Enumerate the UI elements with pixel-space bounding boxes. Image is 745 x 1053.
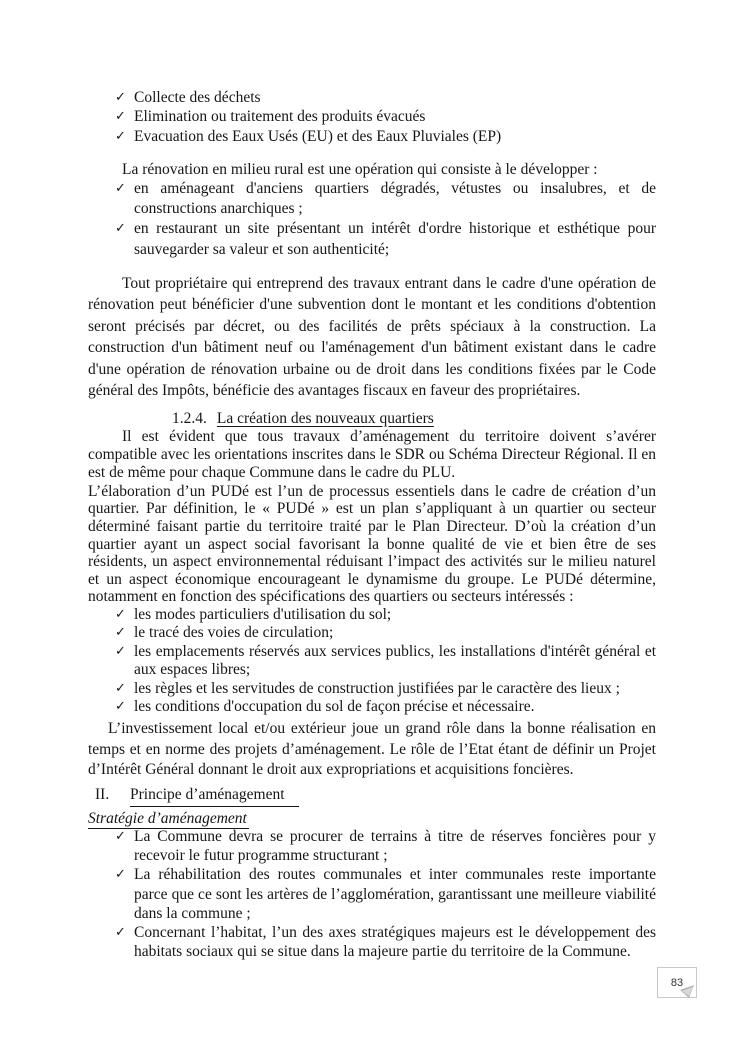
list-item-text: les règles et les servitudes de construc… xyxy=(134,680,656,699)
checklist-renovation: ✓ en aménageant d'anciens quartiers dégr… xyxy=(88,179,656,260)
check-icon: ✓ xyxy=(115,923,134,942)
paragraph-investissement: L’investissement local et/ou extérieur j… xyxy=(88,719,656,781)
check-icon: ✓ xyxy=(115,698,134,717)
check-icon: ✓ xyxy=(115,179,134,199)
list-item-text: Concernant l’habitat, l’un des axes stra… xyxy=(134,923,656,961)
list-item: ✓ Elimination ou traitement des produits… xyxy=(88,107,656,126)
check-icon: ✓ xyxy=(115,827,134,846)
paragraph-proprietaire: Tout propriétaire qui entreprend des tra… xyxy=(88,273,656,401)
list-item-text: en restaurant un site présentant un inté… xyxy=(134,219,656,260)
list-item-text: les emplacements réservés aux services p… xyxy=(134,643,656,680)
list-item: ✓ en restaurant un site présentant un in… xyxy=(88,219,656,260)
check-icon: ✓ xyxy=(115,88,134,107)
list-item-text: le tracé des voies de circulation; xyxy=(134,624,656,643)
list-item: ✓ Collecte des déchets xyxy=(88,88,656,107)
list-item: ✓ les modes particuliers d'utilisation d… xyxy=(88,606,656,625)
list-item-text: Collecte des déchets xyxy=(134,88,656,107)
list-item: ✓ Evacuation des Eaux Usés (EU) et des E… xyxy=(88,127,656,146)
list-item: ✓ La réhabilitation des routes communale… xyxy=(88,865,656,922)
paragraph-elaboration: L’élaboration d’un PUDé est l’un de proc… xyxy=(88,483,656,606)
checklist-pude: ✓ les modes particuliers d'utilisation d… xyxy=(88,606,656,717)
list-item: ✓ les règles et les servitudes de constr… xyxy=(88,680,656,699)
list-item-text: les modes particuliers d'utilisation du … xyxy=(134,606,656,625)
check-icon: ✓ xyxy=(115,107,134,126)
check-icon: ✓ xyxy=(115,680,134,699)
list-item-text: La Commune devra se procurer de terrains… xyxy=(134,827,656,865)
list-item: ✓ Concernant l’habitat, l’un des axes st… xyxy=(88,923,656,961)
list-item-text: Elimination ou traitement des produits é… xyxy=(134,107,656,126)
section-number: 1.2.4. xyxy=(172,410,217,427)
paragraph-renovation-intro: La rénovation en milieu rural est une op… xyxy=(88,160,656,179)
list-item: ✓ le tracé des voies de circulation; xyxy=(88,624,656,643)
section-heading-2: II.Principe d’aménagement xyxy=(88,785,656,807)
list-item-text: en aménageant d'anciens quartiers dégrad… xyxy=(134,179,656,220)
page-number-box: 83 xyxy=(657,967,697,998)
section-heading-124: 1.2.4.La création des nouveaux quartiers xyxy=(172,409,656,428)
check-icon: ✓ xyxy=(115,643,134,662)
list-item: ✓ les conditions d'occupation du sol de … xyxy=(88,698,656,717)
list-item-text: les conditions d'occupation du sol de fa… xyxy=(134,698,656,717)
page-content: ✓ Collecte des déchets ✓ Elimination ou … xyxy=(88,88,656,961)
check-icon: ✓ xyxy=(115,606,134,625)
check-icon: ✓ xyxy=(115,624,134,643)
document-page: { "glyphs": { "check": "✓" }, "colors": … xyxy=(0,0,745,1053)
check-icon: ✓ xyxy=(115,219,134,239)
checklist-services: ✓ Collecte des déchets ✓ Elimination ou … xyxy=(88,88,656,146)
subheading-strategie: Stratégie d’aménagement xyxy=(88,810,656,827)
check-icon: ✓ xyxy=(115,865,134,884)
list-item: ✓ La Commune devra se procurer de terrai… xyxy=(88,827,656,865)
checklist-strategie: ✓ La Commune devra se procurer de terrai… xyxy=(88,827,656,961)
list-item: ✓ en aménageant d'anciens quartiers dégr… xyxy=(88,179,656,220)
section-number: II. xyxy=(88,785,130,807)
list-item-text: Evacuation des Eaux Usés (EU) et des Eau… xyxy=(134,127,656,146)
check-icon: ✓ xyxy=(115,127,134,146)
list-item: ✓ les emplacements réservés aux services… xyxy=(88,643,656,680)
list-item-text: La réhabilitation des routes communales … xyxy=(134,865,656,922)
folded-corner-icon xyxy=(680,984,695,999)
section-title: La création des nouveaux quartiers xyxy=(217,410,434,427)
section-title: Principe d’aménagement xyxy=(130,785,299,807)
paragraph-evident: Il est évident que tous travaux d’aménag… xyxy=(88,428,656,483)
